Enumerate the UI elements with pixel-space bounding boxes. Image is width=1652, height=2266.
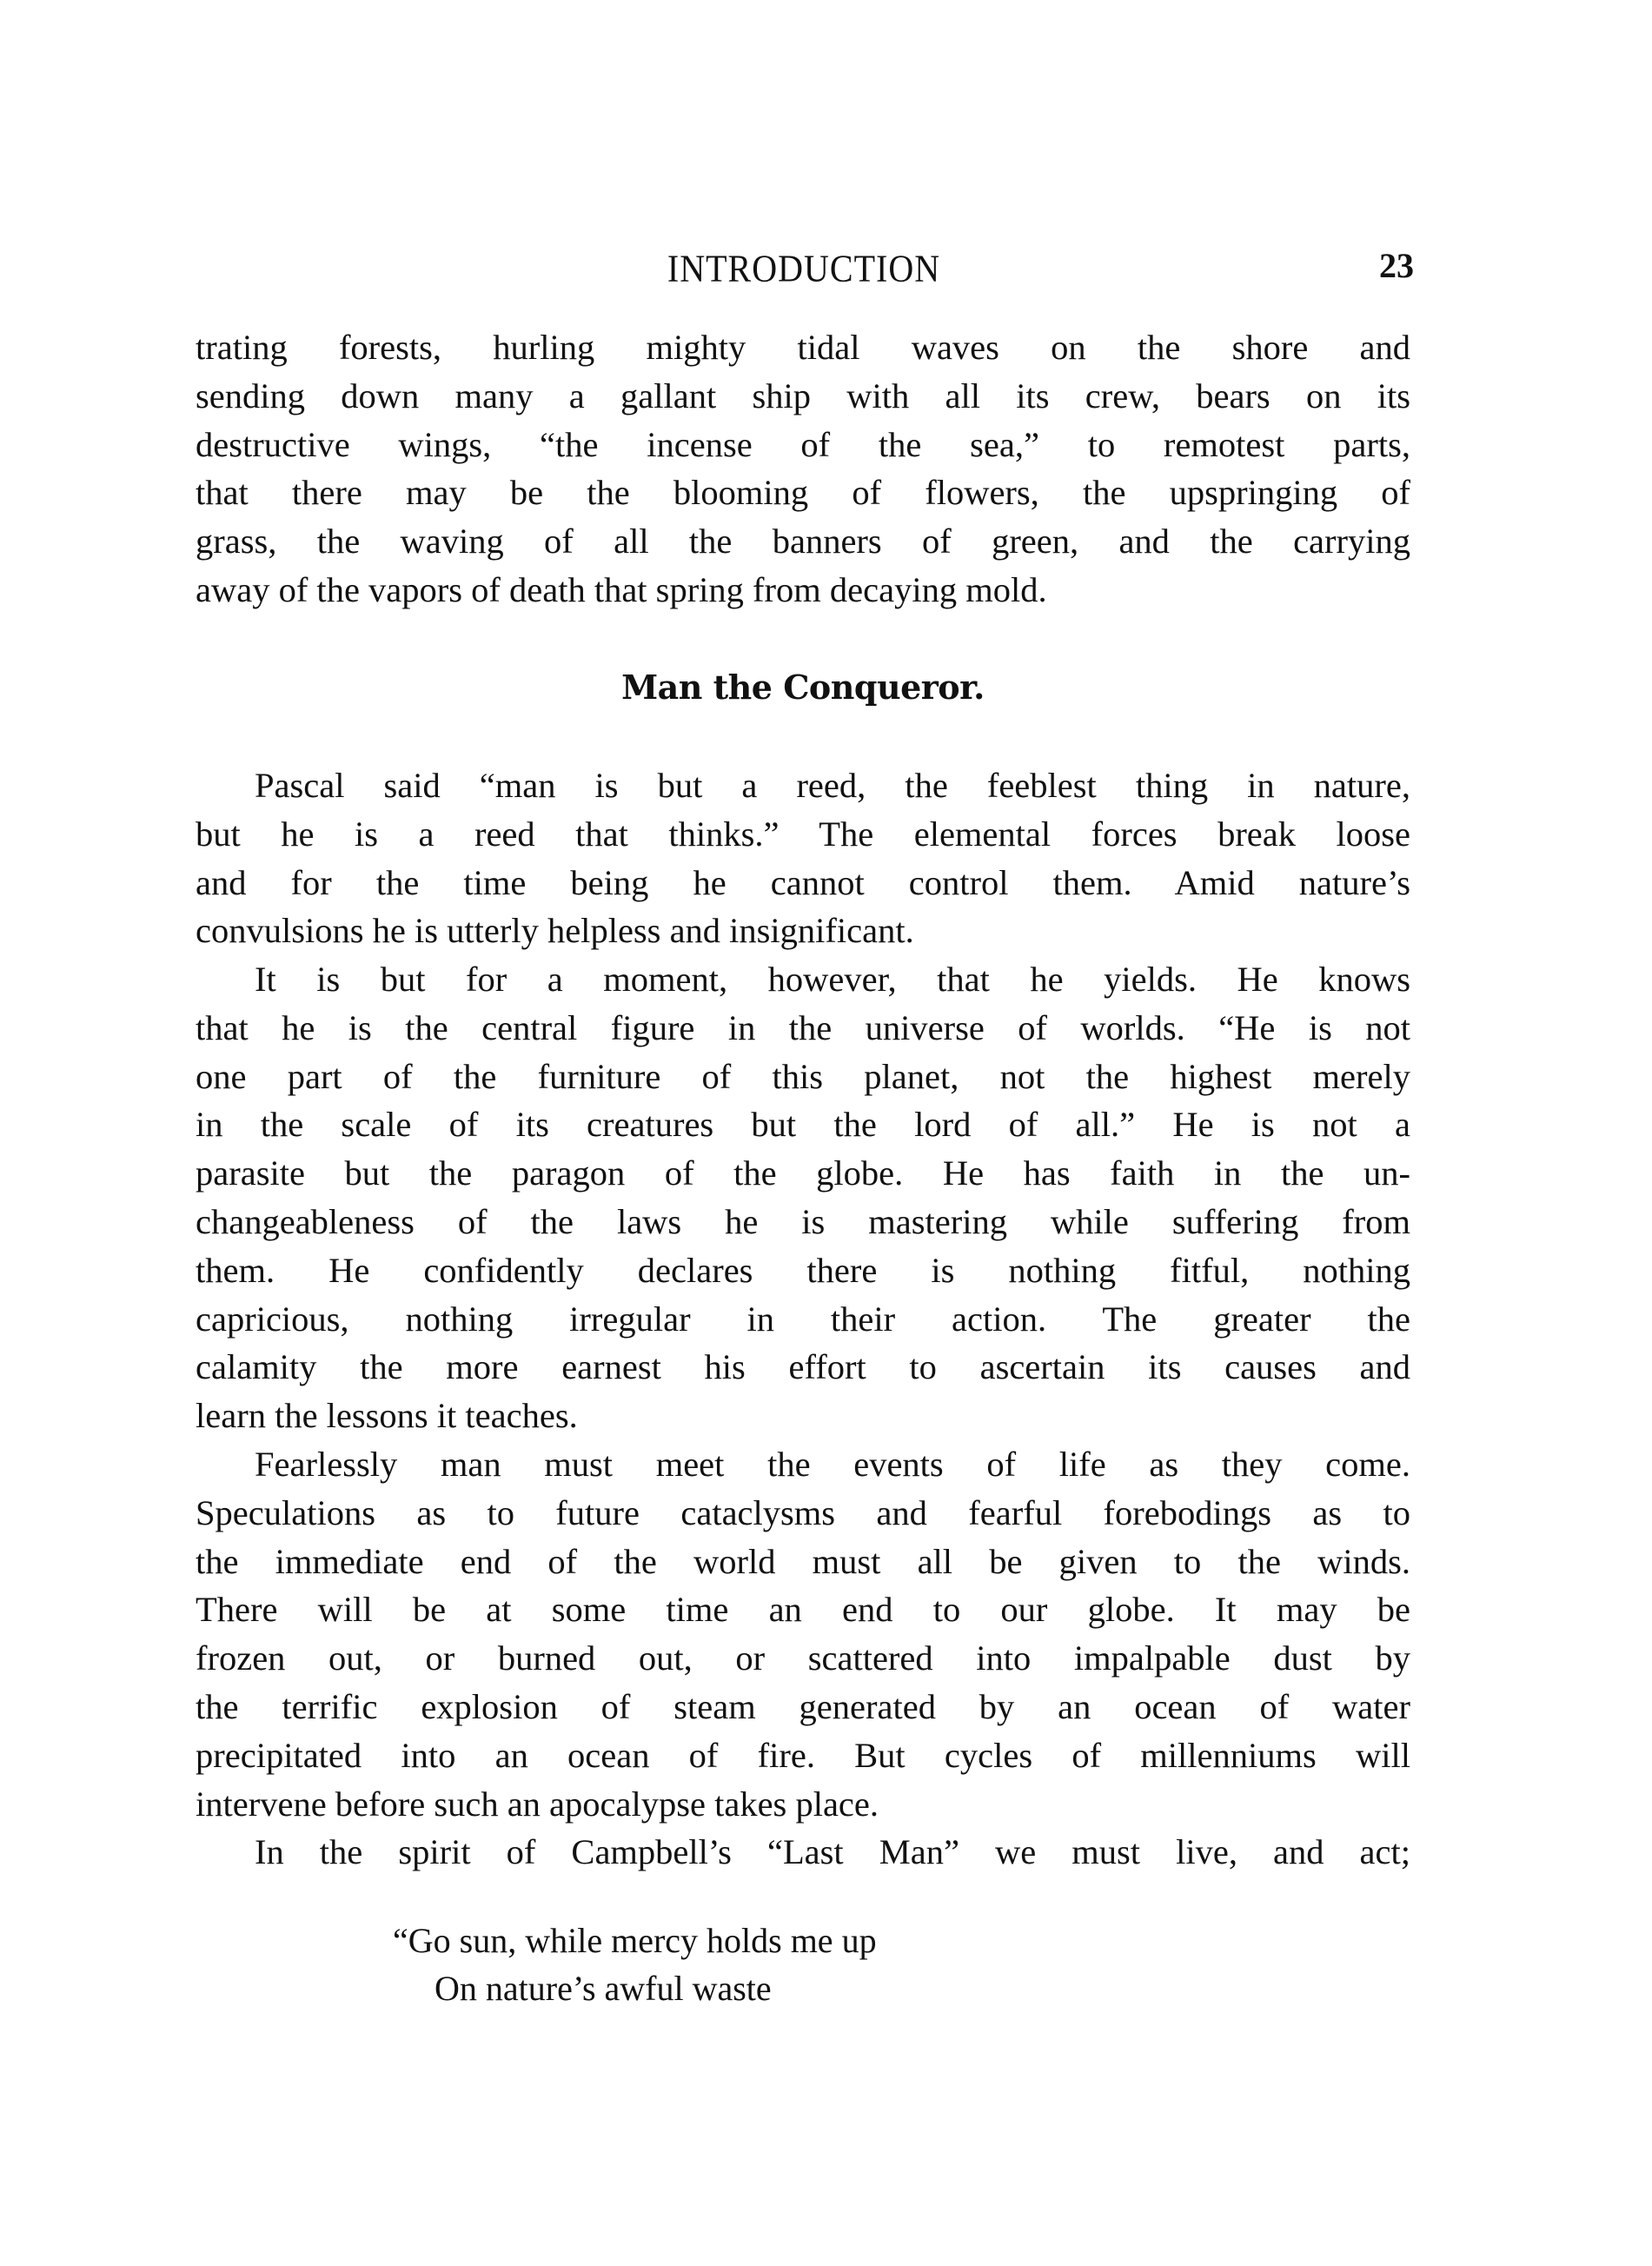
poem-quotation: “Go sun, while mercy holds me up On natu… (393, 1917, 877, 2012)
text-line: in the scale of its creatures but the lo… (196, 1100, 1410, 1149)
text-line: There will be at some time an end to our… (196, 1585, 1410, 1634)
paragraph-campbell: In the spirit of Campbell’s “Last Man” w… (196, 1828, 1410, 1877)
running-head-title: INTRODUCTION (196, 245, 1412, 291)
opening-paragraph: trating forests, hurling mighty tidal wa… (196, 323, 1410, 615)
paragraph-yields: It is but for a moment, however, that he… (196, 955, 1410, 1440)
text-line: precipitated into an ocean of fire. But … (196, 1731, 1410, 1780)
text-line: Speculations as to future cataclysms and… (196, 1489, 1410, 1538)
text-line: away of the vapors of death that spring … (196, 566, 1410, 615)
text-line: It is but for a moment, however, that he… (196, 955, 1410, 1004)
text-line: sending down many a gallant ship with al… (196, 372, 1410, 421)
running-head: INTRODUCTION 23 (196, 245, 1412, 289)
text-line: the immediate end of the world must all … (196, 1538, 1410, 1586)
text-line: parasite but the paragon of the globe. H… (196, 1149, 1410, 1198)
text-line: intervene before such an apocalypse take… (196, 1780, 1410, 1829)
text-line: Pascal said “man is but a reed, the feeb… (196, 761, 1410, 810)
text-line: the terrific explosion of steam generate… (196, 1683, 1410, 1731)
poem-line: On nature’s awful waste (393, 1964, 877, 2012)
text-line: convulsions he is utterly helpless and i… (196, 907, 1410, 955)
paragraph-pascal: Pascal said “man is but a reed, the feeb… (196, 761, 1410, 955)
text-line: destructive wings, “the incense of the s… (196, 421, 1410, 469)
text-line: but he is a reed that thinks.” The eleme… (196, 810, 1410, 859)
book-page: INTRODUCTION 23 trating forests, hurling… (0, 0, 1652, 2266)
text-line: capricious, nothing irregular in their a… (196, 1295, 1410, 1344)
text-line: grass, the waving of all the banners of … (196, 517, 1410, 566)
text-line: Fearlessly man must meet the events of l… (196, 1440, 1410, 1489)
poem-line: “Go sun, while mercy holds me up (393, 1917, 877, 1964)
text-line: one part of the furniture of this planet… (196, 1053, 1410, 1101)
paragraph-fearlessly: Fearlessly man must meet the events of l… (196, 1440, 1410, 1828)
text-line: frozen out, or burned out, or scattered … (196, 1634, 1410, 1683)
text-line: learn the lessons it teaches. (196, 1392, 1410, 1440)
text-line: In the spirit of Campbell’s “Last Man” w… (196, 1828, 1410, 1877)
page-number: 23 (1379, 245, 1414, 286)
section-heading: Man the Conqueror. (196, 668, 1410, 707)
text-line: that he is the central figure in the uni… (196, 1004, 1410, 1053)
text-line: that there may be the blooming of flower… (196, 468, 1410, 517)
text-line: calamity the more earnest his effort to … (196, 1343, 1410, 1392)
text-line: changeableness of the laws he is masteri… (196, 1198, 1410, 1246)
text-line: and for the time being he cannot control… (196, 859, 1410, 907)
text-line: trating forests, hurling mighty tidal wa… (196, 323, 1410, 372)
text-line: them. He confidently declares there is n… (196, 1246, 1410, 1295)
